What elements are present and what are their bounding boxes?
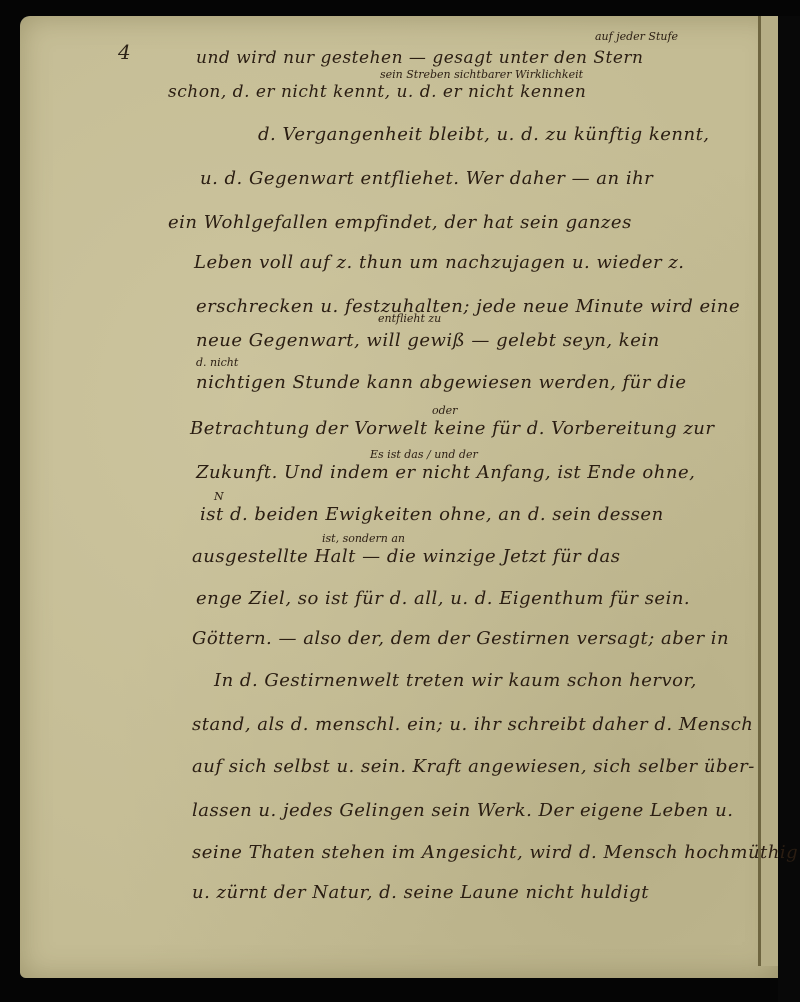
manuscript-line: erschrecken u. festzuhalten; jede neue M… — [196, 296, 740, 317]
manuscript-line: ausgestellte Halt — die winzige Jetzt fü… — [192, 546, 621, 567]
interlinear-insertion: Es ist das / und der — [370, 448, 478, 461]
manuscript-line: stand, als d. menschl. ein; u. ihr schre… — [192, 714, 753, 735]
manuscript-line: u. zürnt der Natur, d. seine Laune nicht… — [192, 882, 649, 903]
page-number: 4 — [118, 40, 131, 64]
interlinear-insertion: oder — [432, 404, 457, 417]
manuscript-line: neue Gegenwart, will gewiß — gelebt seyn… — [196, 330, 660, 351]
interlinear-insertion: d. nicht — [196, 356, 238, 369]
manuscript-line: ist d. beiden Ewigkeiten ohne, an d. sei… — [200, 504, 664, 525]
manuscript-line: schon, d. er nicht kennt, u. d. er nicht… — [168, 82, 586, 102]
interlinear-insertion: sein Streben sichtbarer Wirklichkeit — [380, 68, 583, 81]
interlinear-insertion: N — [214, 490, 224, 503]
manuscript-line: seine Thaten stehen im Angesicht, wird d… — [192, 842, 798, 863]
manuscript-line: und wird nur gestehen — gesagt unter den… — [196, 48, 644, 68]
manuscript-line: ein Wohlgefallen empfindet, der hat sein… — [168, 212, 632, 233]
manuscript-line: Göttern. — also der, dem der Gestirnen v… — [192, 628, 729, 649]
manuscript-line: enge Ziel, so ist für d. all, u. d. Eige… — [196, 588, 690, 609]
manuscript-line: lassen u. jedes Gelingen sein Werk. Der … — [192, 800, 733, 821]
manuscript-line: d. Vergangenheit bleibt, u. d. zu künfti… — [258, 124, 710, 145]
manuscript-line: In d. Gestirnenwelt treten wir kaum scho… — [214, 670, 697, 691]
manuscript-page — [20, 16, 778, 978]
manuscript-line: Zukunft. Und indem er nicht Anfang, ist … — [196, 462, 695, 483]
manuscript-line: u. d. Gegenwart entfliehet. Wer daher — … — [200, 168, 653, 189]
interlinear-insertion: auf jeder Stufe — [595, 30, 678, 43]
interlinear-insertion: ist, sondern an — [322, 532, 405, 545]
interlinear-insertion: entflieht zu — [378, 312, 441, 325]
manuscript-line: Betrachtung der Vorwelt keine für d. Vor… — [190, 418, 715, 439]
manuscript-line: auf sich selbst u. sein. Kraft angewiese… — [192, 756, 755, 777]
manuscript-line: nichtigen Stunde kann abgewiesen werden,… — [196, 372, 687, 393]
manuscript-line: Leben voll auf z. thun um nachzujagen u.… — [194, 252, 685, 273]
